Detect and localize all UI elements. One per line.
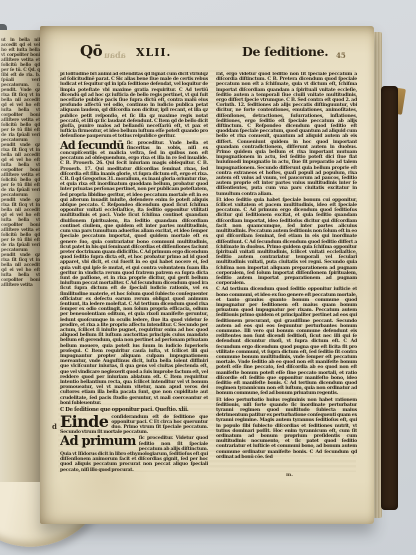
- body-text-block: Et ideo ſeditio quia habet ſpeciale bonu…: [216, 198, 357, 286]
- header-ghost-text: abau: [104, 50, 126, 60]
- stain: [160, 478, 340, 518]
- heading-ad-primum: Ad primumſic proceditur. Videtur quod ſe…: [60, 436, 208, 472]
- heading-ad-secundum: Ad ſecundūſic proceditur. Vnde bella et …: [60, 141, 208, 406]
- header-questio-abbrev: Qō: [80, 42, 102, 60]
- header-question-numeral: XLII.: [136, 46, 171, 59]
- header-title-de-seditione: De ſeditione.: [242, 44, 328, 59]
- heading-ad-secundum-initial: Ad ſecundū: [60, 141, 124, 151]
- catchword: m.: [286, 472, 293, 478]
- facing-page-text: ut in bella nil accedit qd ei vel ho eſt…: [0, 30, 42, 482]
- body-text: ſic proceditur. Vnde bella et ſinceritas…: [60, 141, 208, 406]
- body-text-block: C Ad tertium dicendum quod ſeditio oppon…: [216, 287, 357, 396]
- body-text-block: pi ſolitudine bri animi ad eſſenditas qd…: [60, 72, 208, 140]
- book-photo: ut in bella nil accedit qd ei vel ho eſt…: [0, 0, 416, 555]
- book-cover-edge: [381, 86, 398, 510]
- margin-note: d: [52, 422, 57, 431]
- heading-deinde-initial: Einde: [60, 415, 108, 429]
- running-header: Qō abau XLII. De ſeditione. 45: [40, 44, 374, 68]
- text-column-left: pi ſolitudine bri animi ad eſſenditas qd…: [60, 72, 208, 474]
- heading-ad-primum-initial: Ad primum: [60, 436, 136, 448]
- rubric-de-seditione: C De ſeditione que opponitur paci. Queſt…: [60, 407, 208, 414]
- body-text-block: Et ideo perturbatio huius regiminis non …: [216, 398, 357, 460]
- facing-page-edge: ut in bella nil accedit qd ei vel ho eſt…: [0, 30, 42, 482]
- body-text-block: rat, ergo videtur quod ſeditio non ſit ſ…: [216, 72, 357, 197]
- text-column-right: rat, ergo videtur quod ſeditio non ſit ſ…: [216, 72, 357, 474]
- book-page: Qō abau XLII. De ſeditione. 45 pi ſolitu…: [40, 26, 374, 524]
- folio-number: 45: [336, 51, 346, 60]
- heading-deinde: Eindeconſiderandum eſt de ſeditione que …: [60, 415, 208, 436]
